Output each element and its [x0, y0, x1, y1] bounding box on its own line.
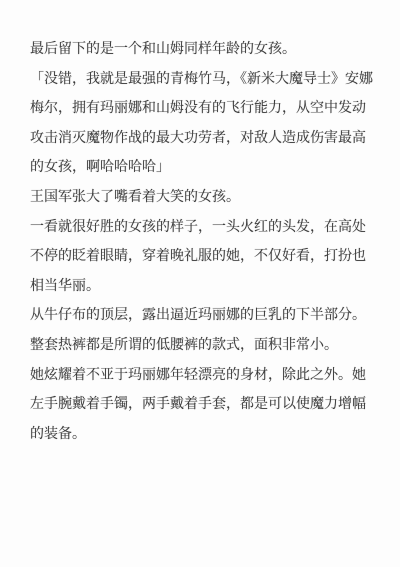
text-line: 攻击消灭魔物作战的最大功劳者，对敌人造成伤害最高: [30, 124, 370, 154]
paragraph: 王国军张大了嘴看着大笑的女孩。: [30, 183, 370, 213]
paragraph: 「没错，我就是最强的青梅竹马，《新米大魔导士》安娜 梅尔，拥有玛丽娜和山姆没有的…: [30, 65, 370, 183]
text-line: 相当华丽。: [30, 272, 370, 302]
text-line: 王国军张大了嘴看着大笑的女孩。: [30, 183, 370, 213]
text-line: 一看就很好胜的女孩的样子，一头火红的头发，在高处: [30, 213, 370, 243]
text-line: 「没错，我就是最强的青梅竹马，《新米大魔导士》安娜: [30, 65, 370, 95]
text-line: 最后留下的是一个和山姆同样年龄的女孩。: [30, 35, 370, 65]
paragraph: 整套热裤都是所谓的低腰裤的款式，面积非常小。: [30, 331, 370, 361]
paragraph: 一看就很好胜的女孩的样子，一头火红的头发，在高处 不停的眨着眼睛，穿着晚礼服的她…: [30, 213, 370, 302]
text-line: 从牛仔布的顶层，露出逼近玛丽娜的巨乳的下半部分。: [30, 301, 370, 331]
text-line: 整套热裤都是所谓的低腰裤的款式，面积非常小。: [30, 331, 370, 361]
text-line: 的装备。: [30, 420, 370, 450]
text-line: 不停的眨着眼睛，穿着晚礼服的她，不仅好看，打扮也: [30, 242, 370, 272]
text-line: 左手腕戴着手镯，两手戴着手套，都是可以使魔力增幅: [30, 390, 370, 420]
text-line: 她炫耀着不亚于玛丽娜年轻漂亮的身材，除此之外。她: [30, 361, 370, 391]
text-line: 梅尔，拥有玛丽娜和山姆没有的飞行能力，从空中发动: [30, 94, 370, 124]
paragraph: 最后留下的是一个和山姆同样年龄的女孩。: [30, 35, 370, 65]
paragraph: 她炫耀着不亚于玛丽娜年轻漂亮的身材，除此之外。她 左手腕戴着手镯，两手戴着手套，…: [30, 361, 370, 450]
text-line: 的女孩，啊哈哈哈哈」: [30, 153, 370, 183]
paragraph: 从牛仔布的顶层，露出逼近玛丽娜的巨乳的下半部分。: [30, 301, 370, 331]
ebook-page: 最后留下的是一个和山姆同样年龄的女孩。 「没错，我就是最强的青梅竹马，《新米大魔…: [0, 0, 400, 567]
